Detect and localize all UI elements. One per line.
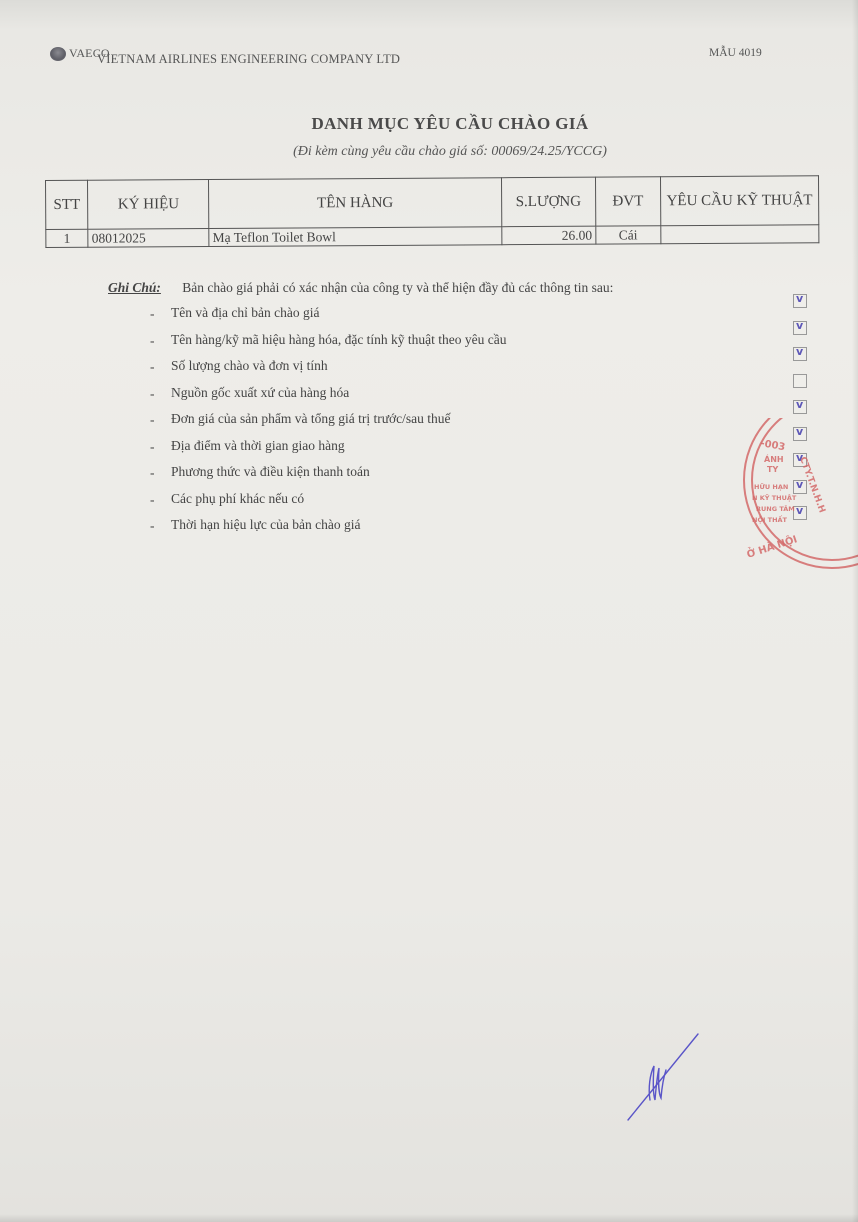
table-header-row: STT KÝ HIỆU TÊN HÀNG S.LƯỢNG ĐVT YÊU CẦU… bbox=[46, 176, 819, 230]
bullet-dash: - bbox=[150, 465, 155, 481]
table-row: 1 08012025 Mạ Teflon Toilet Bowl 26.00 C… bbox=[46, 225, 819, 248]
header-ky-hieu: KÝ HIỆU bbox=[88, 179, 209, 229]
page-edge-shadow bbox=[852, 0, 858, 1222]
requirement-text: Thời hạn hiệu lực của bản chào giá bbox=[171, 517, 361, 533]
requirement-item: -Tên và địa chỉ bản chào giá bbox=[150, 302, 820, 329]
page-bottom-shadow bbox=[0, 1214, 858, 1222]
note: Ghi Chú: Bản chào giá phải có xác nhận c… bbox=[108, 280, 613, 296]
requirement-item: -Địa điểm và thời gian giao hàng bbox=[150, 435, 820, 462]
bullet-dash: - bbox=[150, 492, 155, 508]
requirement-checkbox[interactable] bbox=[793, 480, 807, 494]
header-yeu-cau: YÊU CẦU KỸ THUẬT bbox=[660, 176, 818, 226]
requirement-text: Phương thức và điều kiện thanh toán bbox=[171, 464, 370, 480]
bullet-dash: - bbox=[150, 518, 155, 534]
requirement-checkbox[interactable] bbox=[793, 453, 807, 467]
requirement-item: -Đơn giá của sản phẩm và tổng giá trị tr… bbox=[150, 408, 820, 435]
document-page: VAECO VIETNAM AIRLINES ENGINEERING COMPA… bbox=[0, 0, 858, 1222]
requirement-checkbox[interactable] bbox=[793, 374, 807, 388]
note-text: Bản chào giá phải có xác nhận của công t… bbox=[182, 280, 613, 295]
requirement-text: Địa điểm và thời gian giao hàng bbox=[171, 438, 345, 454]
cell-stt: 1 bbox=[46, 229, 88, 247]
requirement-checkbox[interactable] bbox=[793, 347, 807, 361]
header-ten-hang: TÊN HÀNG bbox=[209, 178, 502, 229]
bullet-dash: - bbox=[150, 306, 155, 322]
form-code: MẪU 4019 bbox=[709, 47, 762, 59]
requirements-list: -Tên và địa chỉ bản chào giá-Tên hàng/kỹ… bbox=[150, 302, 820, 541]
bullet-dash: - bbox=[150, 386, 155, 402]
signature-icon bbox=[620, 1028, 710, 1128]
requirement-text: Đơn giá của sản phẩm và tổng giá trị trư… bbox=[171, 411, 451, 427]
cell-yeu-cau bbox=[661, 225, 819, 244]
header-so-luong: S.LƯỢNG bbox=[501, 177, 595, 227]
cell-dvt: Cái bbox=[596, 226, 661, 244]
document-title: DANH MỤC YÊU CẦU CHÀO GIÁ bbox=[0, 114, 858, 134]
requirement-item: -Nguồn gốc xuất xứ của hàng hóa bbox=[150, 382, 820, 409]
vaeco-emblem-icon bbox=[50, 47, 66, 61]
cell-ten-hang: Mạ Teflon Toilet Bowl bbox=[209, 227, 502, 247]
items-table: STT KÝ HIỆU TÊN HÀNG S.LƯỢNG ĐVT YÊU CẦU… bbox=[45, 175, 819, 248]
requirement-item: -Số lượng chào và đơn vị tính bbox=[150, 355, 820, 382]
requirement-text: Tên và địa chỉ bản chào giá bbox=[171, 305, 319, 321]
header-stt: STT bbox=[46, 180, 89, 229]
requirement-text: Nguồn gốc xuất xứ của hàng hóa bbox=[171, 385, 349, 401]
requirement-checkbox[interactable] bbox=[793, 321, 807, 335]
requirement-item: -Thời hạn hiệu lực của bản chào giá bbox=[150, 514, 820, 541]
requirement-item: -Tên hàng/kỹ mã hiệu hàng hóa, đặc tính … bbox=[150, 329, 820, 356]
requirement-checkbox[interactable] bbox=[793, 400, 807, 414]
bullet-dash: - bbox=[150, 439, 155, 455]
cell-so-luong: 26.00 bbox=[502, 226, 596, 245]
requirement-text: Tên hàng/kỹ mã hiệu hàng hóa, đặc tính k… bbox=[171, 332, 507, 348]
bullet-dash: - bbox=[150, 412, 155, 428]
requirement-text: Các phụ phí khác nếu có bbox=[171, 491, 304, 507]
requirement-item: -Phương thức và điều kiện thanh toán bbox=[150, 461, 820, 488]
bullet-dash: - bbox=[150, 333, 155, 349]
requirement-text: Số lượng chào và đơn vị tính bbox=[171, 358, 328, 374]
requirement-checkbox[interactable] bbox=[793, 427, 807, 441]
note-label: Ghi Chú: bbox=[108, 280, 161, 295]
cell-ky-hieu: 08012025 bbox=[88, 228, 209, 247]
header-dvt: ĐVT bbox=[595, 177, 660, 226]
requirement-checkbox[interactable] bbox=[793, 506, 807, 520]
requirement-item: -Các phụ phí khác nếu có bbox=[150, 488, 820, 515]
company-name: VIETNAM AIRLINES ENGINEERING COMPANY LTD bbox=[97, 52, 400, 67]
document-subtitle: (Đi kèm cùng yêu cầu chào giá số: 00069/… bbox=[0, 144, 858, 160]
bullet-dash: - bbox=[150, 359, 155, 375]
requirement-checkbox[interactable] bbox=[793, 294, 807, 308]
